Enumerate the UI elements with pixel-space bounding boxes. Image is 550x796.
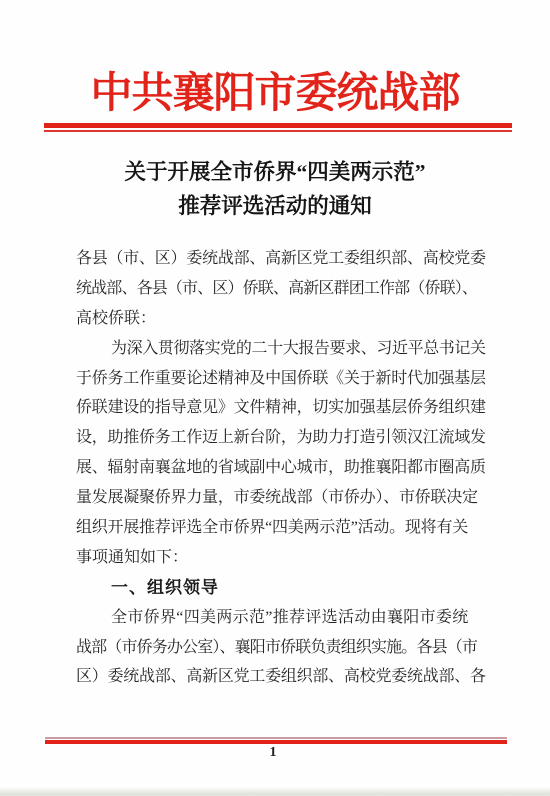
document-title: 关于开展全市侨界“四美两示范” 推荐评选活动的通知 bbox=[0, 155, 550, 223]
scan-edge-artifact bbox=[0, 787, 550, 796]
body-line: 区）委统战部、高新区党工委组织部、高校党委统战部、各 bbox=[76, 662, 486, 692]
body-line: 各县（市、区）委统战部、高新区党工委组织部、高校党委 bbox=[76, 244, 486, 274]
body-line: 事项通知如下： bbox=[76, 543, 486, 573]
section-heading: 一、组织领导 bbox=[76, 573, 486, 603]
document-body: 各县（市、区）委统战部、高新区党工委组织部、高校党委统战部、各县（市、区）侨联、… bbox=[76, 244, 486, 692]
body-line: 设，助推侨务工作迈上新台阶，为助力打造引领汉江流域发 bbox=[76, 423, 486, 453]
body-line: 高校侨联： bbox=[76, 304, 486, 334]
page-number: 1 bbox=[0, 745, 546, 761]
letterhead-rule-thin bbox=[44, 130, 512, 132]
body-line: 侨联建设的指导意见》文件精神，切实加强基层侨务组织建 bbox=[76, 393, 486, 423]
footer-rule-thick bbox=[45, 740, 507, 744]
document-page: 中共襄阳市委统战部 关于开展全市侨界“四美两示范” 推荐评选活动的通知 各县（市… bbox=[0, 0, 550, 796]
document-title-line-2: 推荐评选活动的通知 bbox=[0, 189, 550, 223]
document-title-line-1: 关于开展全市侨界“四美两示范” bbox=[0, 155, 550, 189]
letterhead-rule-thick bbox=[44, 123, 512, 128]
body-line: 于侨务工作重要论述精神及中国侨联《关于新时代加强基层 bbox=[76, 364, 486, 394]
body-line: 全市侨界“四美两示范”推荐评选活动由襄阳市委统 bbox=[76, 603, 486, 633]
body-line: 为深入贯彻落实党的二十大报告要求、习近平总书记关 bbox=[76, 334, 486, 364]
body-line: 战部（市侨务办公室）、襄阳市侨联负责组织实施。各县（市 bbox=[76, 633, 486, 663]
body-line: 组织开展推荐评选全市侨界“四美两示范”活动。现将有关 bbox=[76, 513, 486, 543]
footer-rule-thin bbox=[45, 737, 507, 739]
body-line: 统战部、各县（市、区）侨联、高新区群团工作部（侨联）、 bbox=[76, 274, 486, 304]
body-line: 量发展凝聚侨界力量，市委统战部（市侨办）、市侨联决定 bbox=[76, 483, 486, 513]
body-line: 展、辐射南襄盆地的省域副中心城市，助推襄阳都市圈高质 bbox=[76, 453, 486, 483]
agency-letterhead-title: 中共襄阳市委统战部 bbox=[0, 60, 550, 120]
